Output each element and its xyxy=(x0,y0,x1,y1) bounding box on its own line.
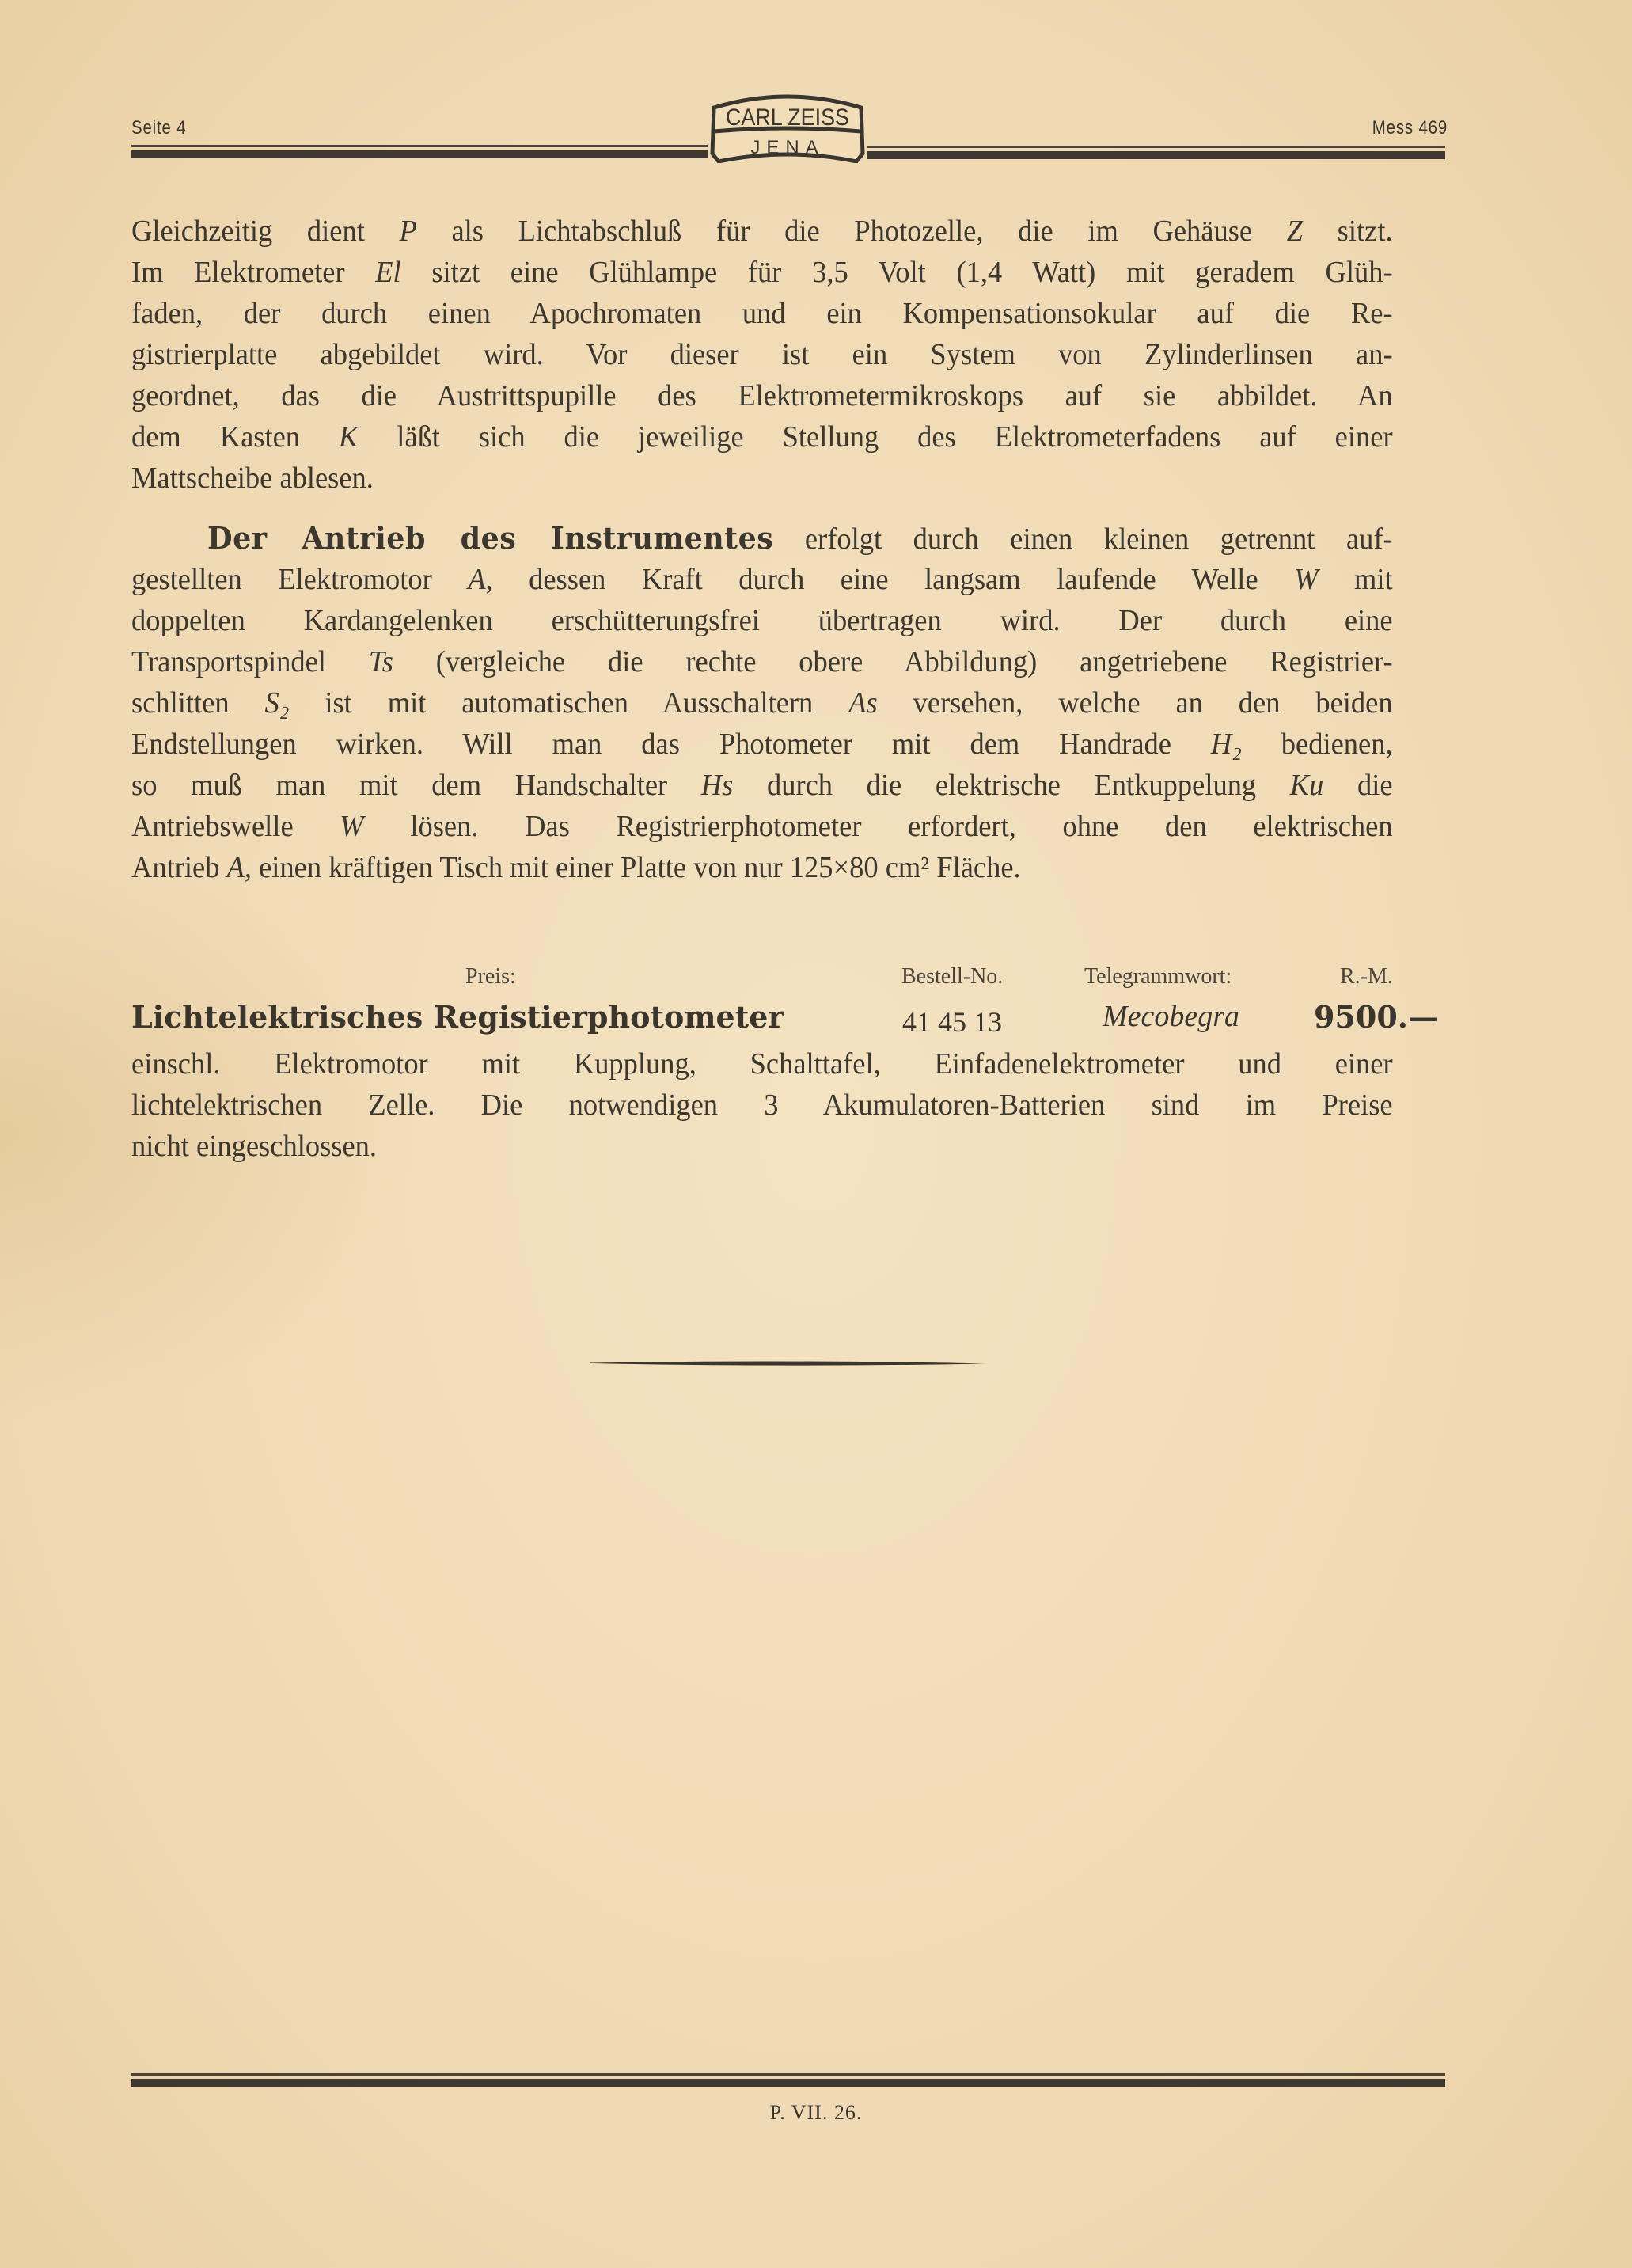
text-line: Antriebswelle W lösen. Das Registrierpho… xyxy=(131,806,1393,847)
symbol-label: H₂ xyxy=(1211,728,1242,761)
footer-rule-thick xyxy=(131,2079,1445,2087)
symbol-label: As xyxy=(848,686,877,720)
text-line: so muß man mit dem Handschalter Hs durch… xyxy=(131,765,1393,806)
text-line: doppelten Kardangelenken erschütterungsf… xyxy=(131,600,1393,641)
footer-rule-thin xyxy=(131,2073,1445,2076)
symbol-label: S₂ xyxy=(265,686,290,720)
print-code: P. VII. 26. xyxy=(0,2101,1632,2125)
symbol-label: Ku xyxy=(1290,769,1324,802)
symbol-label: A xyxy=(227,851,245,884)
text-line: schlitten S₂ ist mit automatischen Aussc… xyxy=(131,682,1393,724)
telegram-header-label: Telegrammwort: xyxy=(1084,964,1232,990)
catalog-code-label: Mess 469 xyxy=(1372,117,1448,139)
symbol-label: W xyxy=(1294,563,1318,596)
symbol-label: K xyxy=(339,420,358,454)
text-line: geordnet, das die Austrittspupille des E… xyxy=(131,375,1393,416)
symbol-label: Hs xyxy=(701,769,734,802)
logo-line2: JENA xyxy=(750,137,824,158)
price-value: 9500.— xyxy=(1314,999,1438,1035)
order-number: 41 45 13 xyxy=(902,1005,1002,1039)
symbol-label: Z xyxy=(1287,215,1303,248)
text-line: gistrierplatte abgebildet wird. Vor dies… xyxy=(131,334,1393,375)
paragraph-2: Der Antrieb des Instrumentes erfolgt dur… xyxy=(131,518,1393,888)
text-line: dem Kasten K läßt sich die jeweilige Ste… xyxy=(131,416,1393,458)
telegram-word: Mecobegra xyxy=(1103,999,1239,1034)
text-line: Im Elektrometer El sitzt eine Glühlampe … xyxy=(131,252,1393,293)
symbol-label: Ts xyxy=(369,645,393,678)
header-rule-thick-right xyxy=(867,151,1445,159)
text-line: Mattscheibe ablesen. xyxy=(131,458,1393,499)
text-line: Gleichzeitig dient P als Lichtabschluß f… xyxy=(131,211,1393,252)
price-note-line: einschl. Elektromotor mit Kupplung, Scha… xyxy=(131,1043,1393,1085)
symbol-label: El xyxy=(375,256,400,289)
text-line: Antrieb A, einen kräftigen Tisch mit ein… xyxy=(131,847,1393,888)
text-line: gestellten Elektromotor A, dessen Kraft … xyxy=(131,559,1393,600)
paragraph-1: Gleichzeitig dient P als Lichtabschluß f… xyxy=(131,211,1393,499)
price-note: einschl. Elektromotor mit Kupplung, Scha… xyxy=(131,1043,1393,1167)
currency-header-label: R.-M. xyxy=(1340,964,1393,990)
page-number-label: Seite 4 xyxy=(131,117,186,139)
symbol-label: A xyxy=(468,563,485,596)
text-line: Der Antrieb des Instrumentes erfolgt dur… xyxy=(131,518,1393,559)
section-lead-heading: Der Antrieb des Instrumentes xyxy=(207,520,773,556)
symbol-label: W xyxy=(340,810,363,843)
section-divider-ornament xyxy=(590,1354,985,1361)
text-line: Endstellungen wirken. Will man das Photo… xyxy=(131,724,1393,765)
logo-line1: CARL ZEISS xyxy=(726,104,849,131)
order-no-header-label: Bestell-No. xyxy=(901,964,1003,990)
price-note-line: nicht eingeschlossen. xyxy=(131,1126,1393,1167)
header-rule-thin-left xyxy=(131,145,708,147)
header-rule-thick-left xyxy=(131,150,708,158)
symbol-label: P xyxy=(400,215,417,248)
price-note-line: lichtelektrischen Zelle. Die notwendigen… xyxy=(131,1085,1393,1126)
header-rule-thin-right xyxy=(867,146,1445,148)
text-line: faden, der durch einen Apochromaten und … xyxy=(131,293,1393,334)
product-name: Lichtelektrisches Registierphotometer xyxy=(131,999,784,1035)
text-line: Transportspindel Ts (vergleiche die rech… xyxy=(131,641,1393,682)
carl-zeiss-logo-icon: CARL ZEISS JENA xyxy=(706,90,869,163)
price-header-label: Preis: xyxy=(465,964,516,990)
